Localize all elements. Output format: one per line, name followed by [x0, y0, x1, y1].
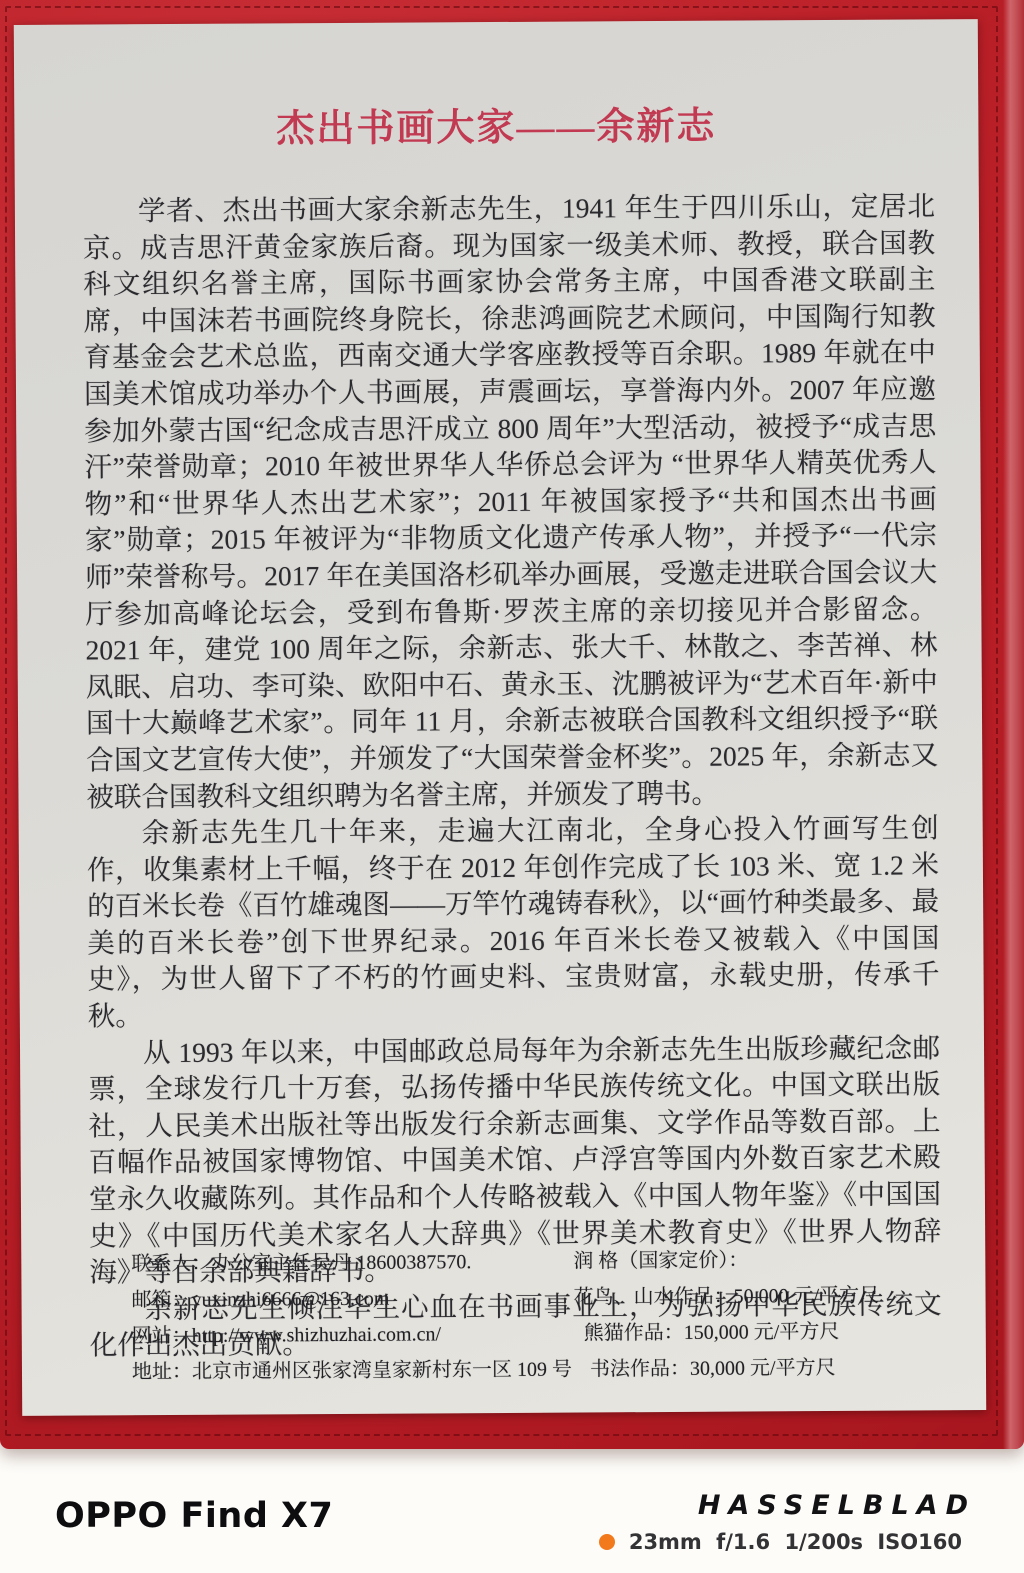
- camera-settings-line: 23mm f/1.6 1/200s ISO160: [599, 1530, 962, 1554]
- orange-dot-icon: [599, 1534, 615, 1550]
- hasselblad-logo: HASSELBLAD: [698, 1490, 976, 1521]
- contact-block: 联系人：办公室主任吴丹 18600387570. 邮箱：yuxinzhi6666…: [131, 1244, 572, 1391]
- contact-address: 地址：北京市通州区张家湾皇家新村东一区 109 号: [132, 1352, 572, 1391]
- photo-of-document: 杰出书画大家——余新志 学者、杰出书画大家余新志先生，1941 年生于四川乐山，…: [0, 0, 1024, 1573]
- red-leather-folder: 杰出书画大家——余新志 学者、杰出书画大家余新志先生，1941 年生于四川乐山，…: [0, 0, 1024, 1449]
- pricing-panda: 熊猫作品：150,000 元/平方尺: [584, 1314, 880, 1352]
- oppo-phone-watermark: OPPO Find X7: [55, 1496, 333, 1536]
- contact-website: 网站：http://www.shizhuzhai.com.cn/: [132, 1316, 572, 1355]
- document-body: 学者、杰出书画大家余新志先生，1941 年生于四川乐山，定居北京。成吉思汗黄金家…: [83, 188, 942, 1364]
- camera-settings-text: 23mm f/1.6 1/200s ISO160: [629, 1530, 962, 1554]
- pricing-flower-landscape: 花鸟、山水作品：50,000 元/平方尺: [573, 1278, 879, 1316]
- paragraph-biography: 学者、杰出书画大家余新志先生，1941 年生于四川乐山，定居北京。成吉思汗黄金家…: [83, 188, 939, 815]
- pricing-block: 润 格（国家定价）： 花鸟、山水作品：50,000 元/平方尺 熊猫作品：150…: [573, 1242, 879, 1388]
- pricing-calligraphy: 书法作品：30,000 元/平方尺: [590, 1350, 880, 1388]
- pricing-header: 润 格（国家定价）：: [573, 1242, 879, 1280]
- contact-person: 联系人：办公室主任吴丹 18600387570.: [131, 1244, 571, 1283]
- document-paper: 杰出书画大家——余新志 学者、杰出书画大家余新志先生，1941 年生于四川乐山，…: [14, 19, 986, 1416]
- document-title: 杰出书画大家——余新志: [14, 93, 978, 154]
- contact-email: 邮箱：yuxinzhi6666@163.com: [131, 1280, 571, 1319]
- folder-right-edge: [1003, 0, 1024, 1449]
- paragraph-bamboo-scroll: 余新志先生几十年来，走遍大江南北，全身心投入竹画写生创作，收集素材上千幅，终于在…: [87, 810, 940, 1035]
